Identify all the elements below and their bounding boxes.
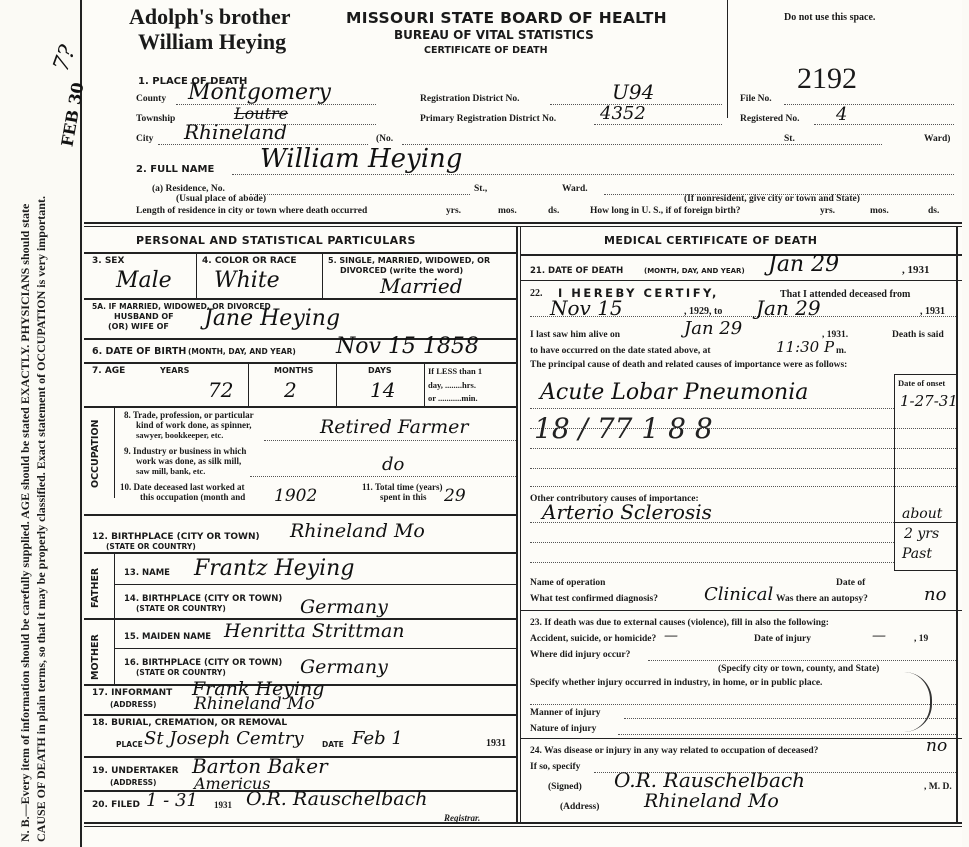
mother-vertical-label: MOTHER [90,634,101,680]
length-ds: ds. [548,206,559,216]
full-name-label: 2. FULL NAME [136,164,214,175]
marital-status-label: 5. SINGLE, MARRIED, WIDOWED, OR [328,256,490,265]
undertaker-label: 19. UNDERTAKER [92,766,179,776]
cause-intro: The principal cause of death and related… [530,360,847,370]
dob-value[interactable]: Nov 15 1858 [336,334,479,359]
autopsy-label: Was there an autopsy? [776,594,868,604]
occupation-vertical-label: OCCUPATION [90,420,101,488]
time-of-death-label: to have occurred on the date stated abov… [530,346,711,356]
race-value[interactable]: White [214,268,280,293]
other-onset-value-2[interactable]: 2 yrs [904,526,939,542]
file-stamp-number: 2192 [797,62,857,96]
operation-label: Name of operation [530,578,605,588]
street-number-label: (No. [376,134,393,144]
foreign-yrs: yrs. [820,206,835,216]
if-so-specify-label: If so, specify [530,762,580,772]
age-label: 7. AGE [92,366,125,376]
personal-section-title: PERSONAL AND STATISTICAL PARTICULARS [136,234,416,247]
primary-registration-value[interactable]: 4352 [600,103,646,124]
date-of-onset-label: Date of onset [898,378,945,388]
md-label: , M. D. [924,782,952,792]
autopsy-value[interactable]: no [924,584,946,605]
length-mos: mos. [498,206,517,216]
annotation-line1: Adolph's brother [129,4,291,30]
bracket-mark [904,672,932,732]
total-time-label-2: spent in this [380,492,427,502]
registered-no-label: Registered No. [740,114,799,124]
last-worked-label-2: this occupation (month and [140,492,245,502]
spouse-husband-label: HUSBAND OF [114,312,174,321]
attended-to-value[interactable]: Jan 29 [756,296,821,320]
date-of-death-label: 21. DATE OF DEATH [530,266,623,276]
manner-of-injury-label: Manner of injury [530,708,601,718]
other-causes-value[interactable]: Arterio Sclerosis [542,500,712,524]
full-name-value[interactable]: William Heying [260,144,462,174]
received-stamp: FEB 30 [57,81,87,148]
less-than-day-min: or ...........min. [428,393,478,403]
registration-district-label: Registration District No. [420,94,519,104]
other-onset-value-1[interactable]: about [902,506,942,522]
injury-location-sublabel: (Specify city or town, county, and State… [718,664,879,674]
county-value[interactable]: Montgomery [188,80,331,105]
street-label: St. [784,134,795,144]
primary-registration-label: Primary Registration District No. [420,114,556,124]
last-worked-value[interactable]: 1902 [274,486,317,506]
occupation-related-value[interactable]: no [926,736,947,756]
test-value[interactable]: Clinical [704,584,773,605]
sex-value[interactable]: Male [116,268,172,293]
informant-address-label: (ADDRESS) [110,700,156,709]
trade-label-2: kind of work done, as spinner, [136,420,251,430]
time-of-death-value[interactable]: 11:30 P [776,338,834,356]
burial-label: 18. BURIAL, CREMATION, OR REMOVAL [92,718,287,728]
less-than-day-label: If LESS than 1 [428,366,482,376]
burial-place-value[interactable]: St Joseph Cemtry [144,728,304,749]
total-time-label-1: 11. Total time (years) [362,482,443,492]
registered-no-value[interactable]: 4 [836,104,847,125]
address-label: (Address) [560,802,599,812]
accident-label: Accident, suicide, or homicide? [530,634,656,644]
city-value[interactable]: Rhineland [184,120,287,144]
mother-birthplace-sublabel: (STATE OR COUNTRY) [136,668,226,677]
informant-address-value[interactable]: Rhineland Mo [194,694,315,714]
nonresident-note: (If nonresident, give city or town and S… [684,194,860,204]
father-name-value[interactable]: Frantz Heying [194,556,354,581]
residence-st-label: St., [474,184,487,194]
margin-instruction-line2: CAUSE OF DEATH in plain terms, so that i… [34,2,49,842]
physician-signature: O.R. Rauschelbach [614,768,805,792]
dob-sublabel: (MONTH, DAY, AND YEAR) [188,347,296,356]
father-birthplace-sublabel: (STATE OR COUNTRY) [136,604,226,613]
foreign-ds: ds. [928,206,939,216]
bureau-subtitle: BUREAU OF VITAL STATISTICS [394,28,594,42]
annotation-line2: William Heying [138,29,286,55]
burial-date-label: DATE [322,740,344,749]
race-label: 4. COLOR OR RACE [202,256,297,266]
foreign-birth-label: How long in U. S., if of foreign birth? [590,206,741,216]
onset-value[interactable]: 1-27-31 [900,392,958,410]
occupation-related-label: 24. Was disease or injury in any way rel… [530,746,818,756]
margin-scribble: 7? [49,42,81,75]
cause-code-marks: 18 / 77 1 8 8 [534,412,713,445]
length-of-residence-label: Length of residence in city or town wher… [136,206,367,216]
attended-from-value[interactable]: Nov 15 [550,296,623,320]
trade-label-3: sawyer, bookkeeper, etc. [136,430,223,440]
residence-label: (a) Residence, No. [152,184,225,194]
father-birthplace-value[interactable]: Germany [300,596,388,618]
other-onset-value-3[interactable]: Past [902,546,932,562]
injury-date-value[interactable]: — [872,628,886,644]
foreign-mos: mos. [870,206,889,216]
father-name-label: 13. NAME [124,568,170,578]
last-saw-label: I last saw him alive on [530,330,620,340]
injury-location-label: Where did injury occur? [530,650,630,660]
township-label: Township [136,114,175,124]
industry-value[interactable]: do [382,454,404,475]
attended-to-year: , 1931 [920,306,945,317]
mother-name-label: 15. MAIDEN NAME [124,632,211,642]
trade-value[interactable]: Retired Farmer [320,416,468,438]
age-years-label: YEARS [160,366,189,375]
medical-section-title: MEDICAL CERTIFICATE OF DEATH [604,234,817,247]
filed-value[interactable]: 1 - 31 [146,790,198,811]
undertaker-address-label: (ADDRESS) [110,778,156,787]
date-of-death-value[interactable]: Jan 29 [768,252,839,277]
time-of-death-suffix: m. [836,346,846,356]
board-title: MISSOURI STATE BOARD OF HEALTH [346,9,667,27]
industry-label-3: saw mill, bank, etc. [136,466,205,476]
test-label: What test confirmed diagnosis? [530,594,658,604]
less-than-day-hrs: day, ........hrs. [428,380,476,390]
attended-from-year: , 1929, to [684,306,722,317]
dob-label: 6. DATE OF BIRTH [92,346,186,357]
city-label: City [136,134,153,144]
father-vertical-label: FATHER [90,568,101,608]
nature-of-injury-label: Nature of injury [530,724,596,734]
burial-date-value[interactable]: Feb 1 [352,728,403,749]
cause-of-death-value[interactable]: Acute Lobar Pneumonia [540,380,808,405]
burial-year: 1931 [486,738,506,749]
mother-name-value[interactable]: Henritta Strittman [224,620,405,642]
margin-instruction-line1: N. B.—Every item of information should b… [18,2,33,842]
certificate-form: Adolph's brother William Heying MISSOURI… [84,0,962,847]
certify-number: 22. [530,288,543,299]
county-label: County [136,94,166,104]
signed-label: (Signed) [548,782,582,792]
ward-label: Ward) [924,134,950,144]
external-causes-label: 23. If death was due to external causes … [530,618,829,628]
informant-label: 17. INFORMANT [92,688,172,698]
total-time-value[interactable]: 29 [444,486,466,506]
file-no-label: File No. [740,94,772,104]
injury-date-label: Date of injury [754,634,811,644]
age-months-value[interactable]: 2 [284,378,297,402]
injury-setting-label: Specify whether injury occurred in indus… [530,678,822,688]
operation-date-label: Date of [836,578,865,588]
last-worked-label-1: 10. Date deceased last worked at [120,482,244,492]
residence-ward-label: Ward. [562,184,588,194]
physician-address: Rhineland Mo [644,790,779,812]
filed-year: 1931 [214,800,232,810]
filed-label: 20. FILED [92,800,140,810]
age-years-value[interactable]: 72 [208,378,233,402]
father-birthplace-label: 14. BIRTHPLACE (CITY OR TOWN) [124,594,282,604]
mother-birthplace-label: 16. BIRTHPLACE (CITY OR TOWN) [124,658,282,668]
date-of-death-year: , 1931 [902,264,930,276]
residence-sublabel: (Usual place of abode) [176,194,266,204]
certificate-heading: CERTIFICATE OF DEATH [424,45,548,56]
registration-district-value[interactable]: U94 [612,80,654,104]
industry-label-2: work was done, as silk mill, [136,456,241,466]
birthplace-label: 12. BIRTHPLACE (CITY OR TOWN) [92,532,260,542]
marital-status-value[interactable]: Married [380,274,463,298]
age-days-value[interactable]: 14 [370,378,395,402]
injury-year: , 19 [914,634,928,644]
length-yrs: yrs. [446,206,461,216]
registrar-signature: O.R. Rauschelbach [246,788,428,810]
spouse-wife-label: (OR) WIFE OF [108,322,169,331]
birthplace-sublabel: (STATE OR COUNTRY) [106,542,196,551]
sex-label: 3. SEX [92,256,124,266]
trade-label-1: 8. Trade, profession, or particular [124,410,254,420]
birthplace-value[interactable]: Rhineland Mo [290,520,425,542]
death-said-label: Death is said [892,330,944,340]
date-of-death-sublabel: (MONTH, DAY, AND YEAR) [644,267,745,275]
age-months-label: MONTHS [274,366,313,375]
burial-place-label: PLACE [116,740,143,749]
spouse-value[interactable]: Jane Heying [204,306,340,331]
left-margin: N. B.—Every item of information should b… [0,0,84,847]
industry-label-1: 9. Industry or business in which [124,446,246,456]
mother-birthplace-value[interactable]: Germany [300,656,388,678]
accident-value[interactable]: — [664,628,678,644]
last-saw-value[interactable]: Jan 29 [684,318,742,339]
do-not-use-note: Do not use this space. [784,12,875,23]
age-days-label: DAYS [368,366,392,375]
